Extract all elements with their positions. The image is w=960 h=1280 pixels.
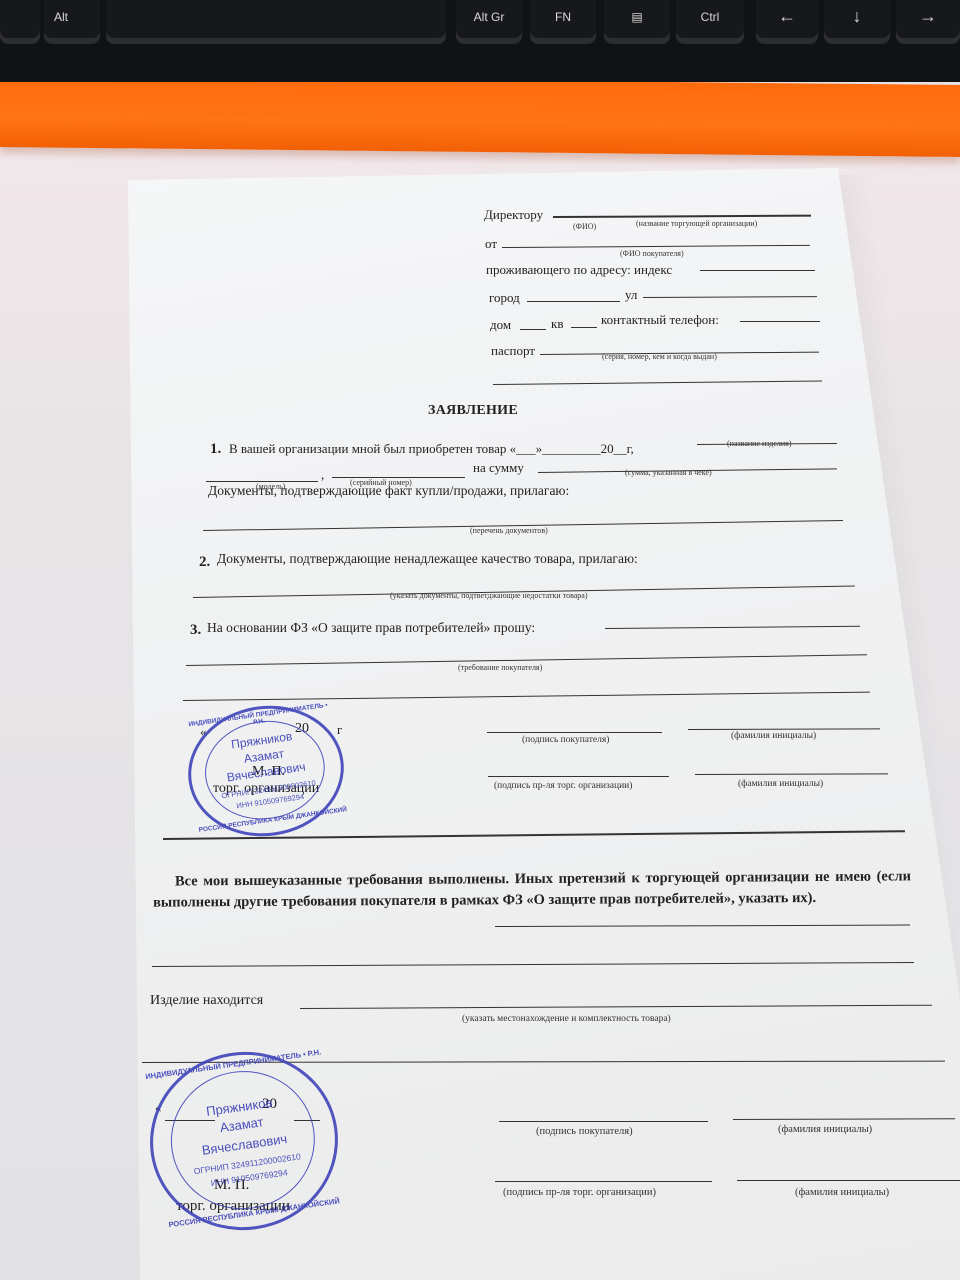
postal-index-field[interactable] <box>700 270 815 271</box>
address-label: проживающего по адресу: индекс <box>486 262 672 278</box>
city-field[interactable] <box>527 301 620 302</box>
buyer-sig-caption-2: (подпись покупателя) <box>536 1126 633 1137</box>
section3-text: На основании ФЗ «О защите прав потребите… <box>207 620 535 636</box>
key-win <box>0 0 40 44</box>
docs-text: Документы, подтверждающие факт купли/про… <box>208 483 569 499</box>
house-label: дом <box>490 317 511 333</box>
buyer-signature-field-2[interactable] <box>499 1121 708 1122</box>
key-menu: ▤ <box>604 0 670 44</box>
item-location-caption: (указать местонахождение и комплектность… <box>462 1014 671 1024</box>
product-caption: (название изделия) <box>727 439 792 448</box>
item-location-label: Изделие находится <box>150 993 263 1009</box>
director-label: Директору <box>484 207 543 223</box>
key-left-arrow: ← <box>756 0 818 44</box>
phone-field[interactable] <box>740 321 820 322</box>
other-requirements-field-2[interactable] <box>152 962 914 967</box>
seller-name-field-2[interactable] <box>737 1180 960 1181</box>
sum-caption: (сумма, указанная в чеке) <box>625 468 712 477</box>
key-ctrl: Ctrl <box>676 0 744 44</box>
street-field[interactable] <box>643 296 817 298</box>
document-title: ЗАЯВЛЕНИЕ <box>428 403 518 419</box>
buyer-name-field-1[interactable] <box>688 728 880 730</box>
passport-caption: (серия, номер, кем и когда выдан) <box>602 352 717 361</box>
paper-document: Директору (ФИО) (название торгующей орга… <box>0 0 960 1280</box>
key-alt: Alt <box>44 0 100 44</box>
section3-number: 3. <box>190 622 201 639</box>
section1-text: В вашей организации мной был приобретен … <box>229 441 634 457</box>
docs-caption: (перечень документов) <box>470 526 548 535</box>
section2-caption: (указать документы, подтветджающие недос… <box>390 591 588 600</box>
fio-caption: (ФИО) <box>573 222 596 231</box>
seller-sig-caption-2: (подпись пр-ля торг. организации) <box>503 1187 656 1198</box>
seller-sig-caption-1: (подпись пр-ля торг. организации) <box>494 781 632 791</box>
sum-label: на сумму <box>473 460 524 476</box>
key-altgr: Alt Gr <box>456 0 522 44</box>
seller-name-caption-2: (фамилия инициалы) <box>795 1187 889 1198</box>
street-label: ул <box>625 287 637 303</box>
date-year-suffix-1: г <box>337 722 342 738</box>
apt-label: кв <box>551 316 563 332</box>
request-field-3[interactable] <box>183 692 870 701</box>
buyer-name-field-2[interactable] <box>733 1118 955 1120</box>
house-field[interactable] <box>520 329 546 330</box>
key-fn: FN <box>530 0 596 44</box>
menu-key-icon: ▤ <box>631 10 642 24</box>
buyer-sig-caption-1: (подпись покупателя) <box>522 735 609 745</box>
org-caption: (название торгующей организации) <box>636 219 757 228</box>
orange-keyboard-frame <box>0 75 960 157</box>
closing-statement: Все мои вышеуказанные требования выполне… <box>153 866 911 913</box>
seller-signature-field-1[interactable] <box>488 776 669 777</box>
key-down-arrow: ↓ <box>824 0 890 44</box>
other-requirements-field[interactable] <box>495 925 910 927</box>
apt-field[interactable] <box>571 327 597 328</box>
from-label: от <box>485 236 497 252</box>
keyboard: Alt Alt Gr FN ▤ Ctrl ← ↓ → <box>0 0 960 82</box>
seller-name-caption-1: (фамилия инициалы) <box>738 779 823 789</box>
passport-label: паспорт <box>491 343 535 359</box>
key-space <box>106 0 446 44</box>
seller-signature-field-2[interactable] <box>495 1181 712 1182</box>
seller-name-field-1[interactable] <box>695 773 888 775</box>
section3-caption: (требование покупателя) <box>458 663 542 672</box>
section2-number: 2. <box>199 554 210 571</box>
request-field-1[interactable] <box>605 626 860 629</box>
buyer-caption: (ФИО покупателя) <box>620 249 684 258</box>
passport-field-2[interactable] <box>493 381 822 385</box>
key-right-arrow: → <box>896 0 960 44</box>
comma: , <box>321 467 324 483</box>
item-location-field[interactable] <box>300 1005 932 1009</box>
director-field[interactable] <box>553 215 811 218</box>
buyer-name-caption-2: (фамилия инициалы) <box>778 1124 872 1135</box>
section1-number: 1. <box>210 441 221 458</box>
buyer-fio-field[interactable] <box>502 245 810 248</box>
city-label: город <box>489 290 520 306</box>
buyer-name-caption-1: (фамилия инициалы) <box>731 731 816 741</box>
section2-text: Документы, подтверждающие ненадлежащее к… <box>217 551 638 567</box>
phone-label: контактный телефон: <box>601 312 719 328</box>
buyer-signature-field-1[interactable] <box>487 732 662 733</box>
